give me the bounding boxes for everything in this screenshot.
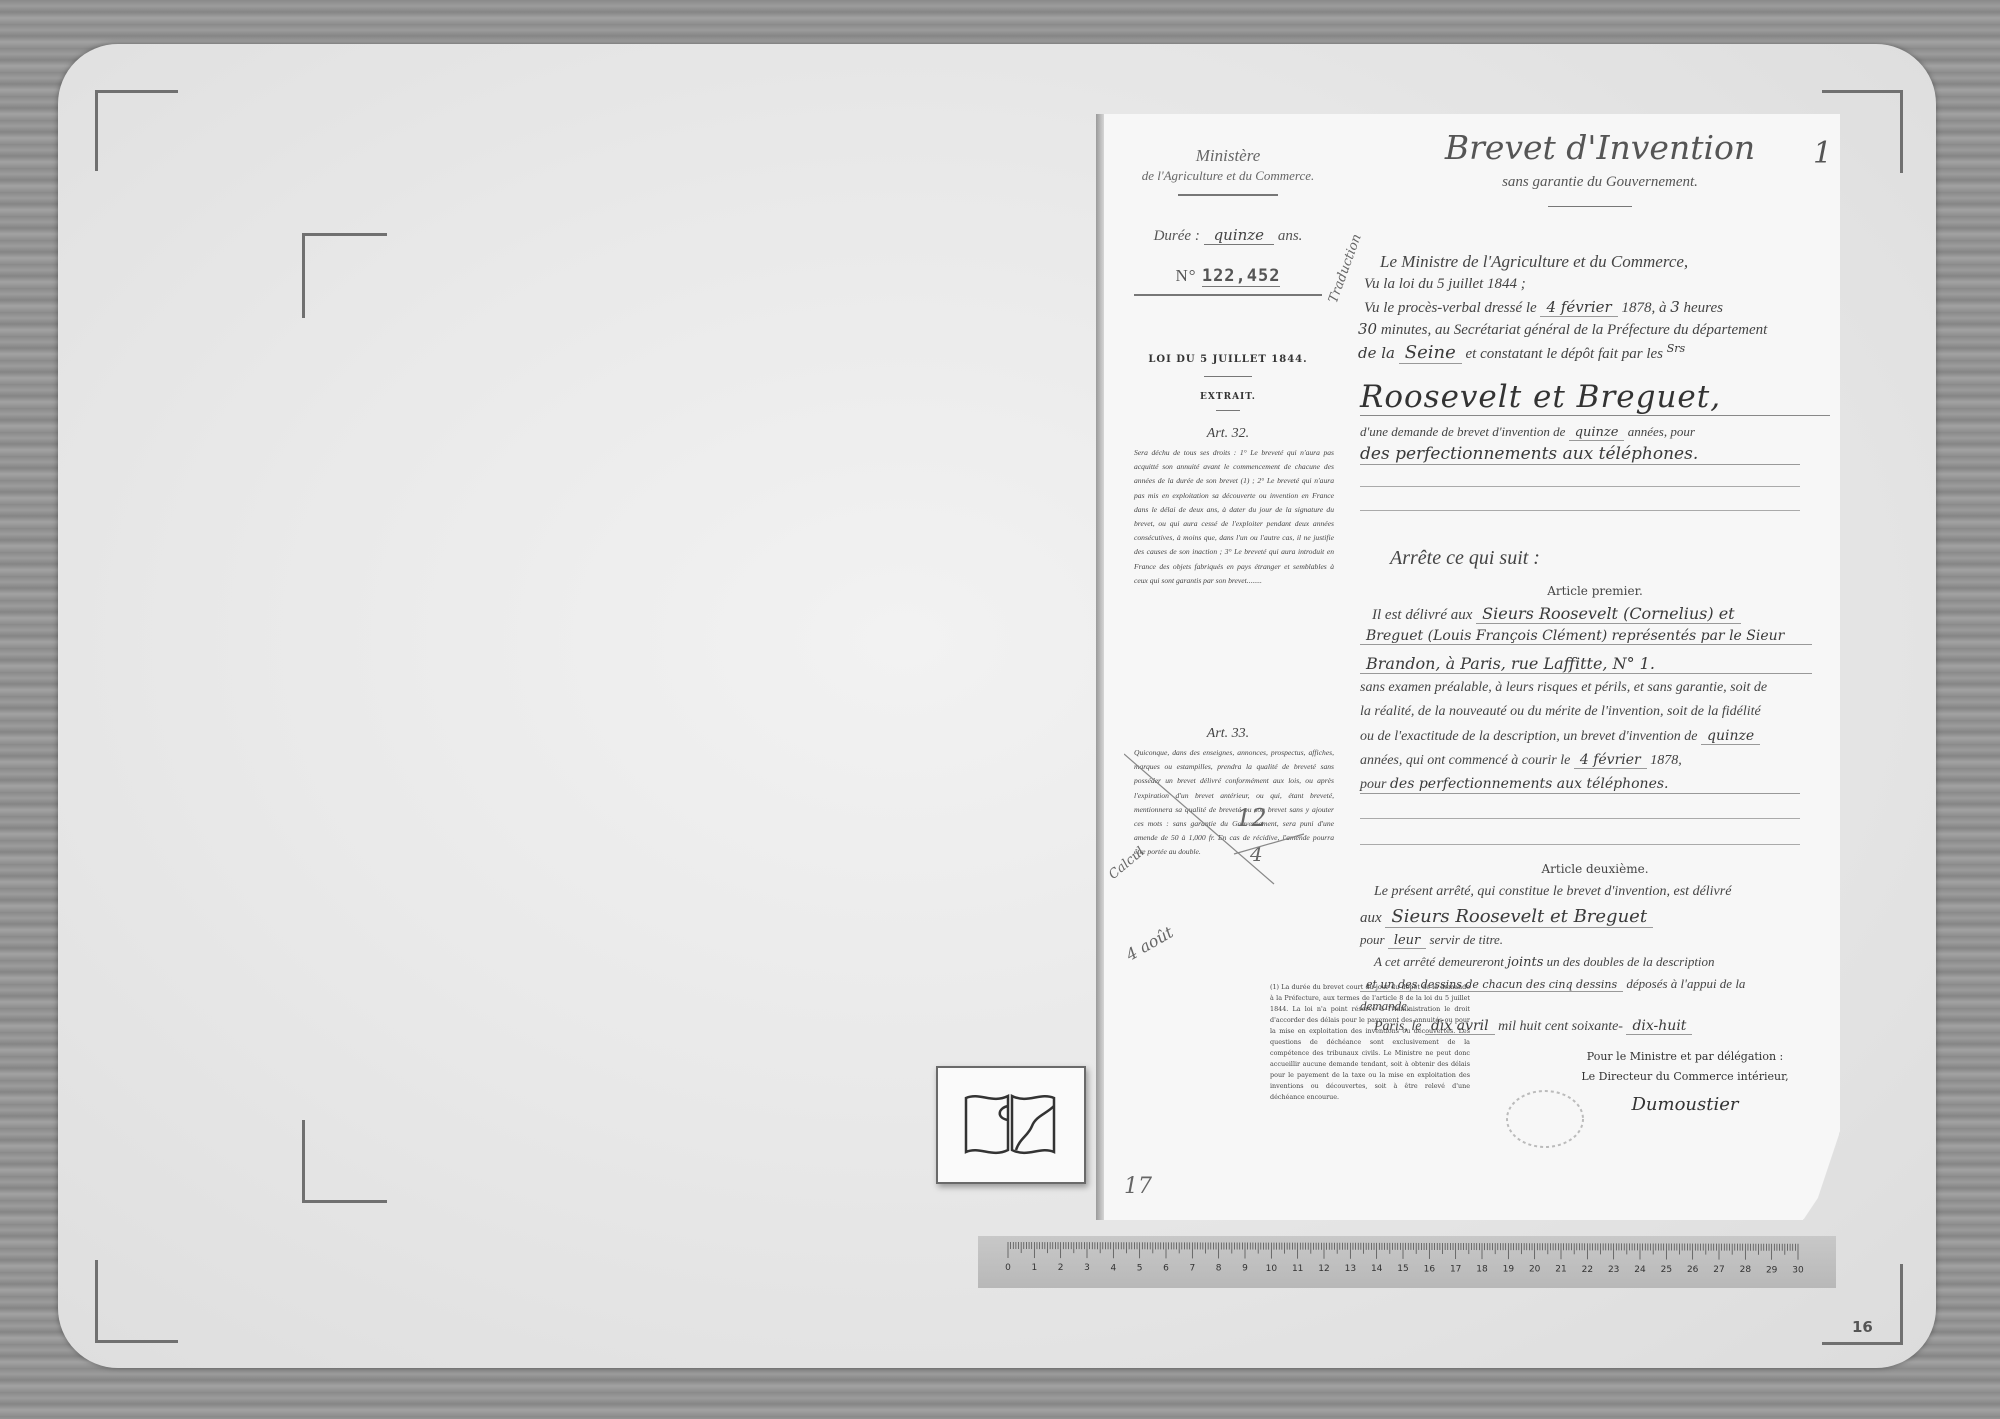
divider	[1216, 410, 1240, 411]
svg-text:27: 27	[1713, 1265, 1724, 1275]
svg-text:6: 6	[1163, 1263, 1169, 1273]
article-32-heading: Art. 32.	[1104, 426, 1352, 442]
svg-text:20: 20	[1529, 1265, 1541, 1275]
article-2-line-6: demande.	[1360, 998, 1830, 1014]
article-1-line-1: Il est délivré aux Sieurs Roosevelt (Cor…	[1372, 604, 1842, 624]
signature-line-2: Le Directeur du Commerce intérieur,	[1540, 1070, 1830, 1083]
article-2-line-1: Le présent arrêté, qui constitue le brev…	[1374, 884, 1844, 900]
crop-mark-inner-bottom-left	[302, 1120, 387, 1203]
minutes-line: 30 minutes, au Secrétariat général de la…	[1358, 320, 1828, 339]
svg-text:13: 13	[1345, 1264, 1356, 1274]
ruler-scale: 0123456789101112131415161718192021222324…	[978, 1236, 1836, 1288]
divider	[1134, 294, 1322, 296]
svg-text:1: 1	[1031, 1263, 1037, 1273]
blank-line	[1360, 486, 1800, 487]
svg-text:12: 12	[1318, 1264, 1329, 1274]
demand-object: des perfectionnements aux téléphones.	[1360, 444, 1800, 465]
svg-text:24: 24	[1634, 1265, 1646, 1275]
article-1-line-4: sans examen préalable, à leurs risques e…	[1360, 680, 1830, 696]
divider	[1548, 206, 1632, 207]
article-2-line-2: aux Sieurs Roosevelt et Breguet	[1360, 906, 1830, 927]
law-line: Vu la loi du 5 juillet 1844 ;	[1364, 276, 1834, 293]
patent-number: N° 122,452	[1104, 266, 1352, 286]
svg-text:14: 14	[1371, 1264, 1383, 1274]
svg-text:22: 22	[1582, 1265, 1593, 1275]
article-32-body: Sera déchu de tous ses droits : 1° Le br…	[1134, 446, 1334, 588]
pv-line: Vu le procès-verbal dressé le 4 février …	[1364, 298, 1834, 317]
patent-document: Ministère de l'Agriculture et du Commerc…	[1104, 114, 1840, 1220]
ministry-subtitle: de l'Agriculture et du Commerce.	[1104, 168, 1352, 184]
folio-number: 1	[1813, 136, 1832, 171]
svg-text:8: 8	[1216, 1264, 1222, 1274]
signature-line-1: Pour le Ministre et par délégation :	[1540, 1050, 1830, 1063]
extract-label: EXTRAIT.	[1104, 392, 1352, 402]
article-1-title: Article premier.	[1360, 584, 1830, 598]
svg-text:26: 26	[1687, 1265, 1699, 1275]
svg-text:19: 19	[1503, 1265, 1515, 1275]
applicants-name: Roosevelt et Breguet,	[1360, 379, 1830, 416]
date-line: Paris, le dix avril mil huit cent soixan…	[1374, 1018, 1844, 1035]
blank-line	[1360, 818, 1800, 819]
divider	[1204, 376, 1252, 377]
article-1-line-2: Breguet (Louis François Clément) représe…	[1360, 628, 1812, 645]
law-title: LOI DU 5 JUILLET 1844.	[1104, 354, 1352, 365]
archive-logo-card	[936, 1066, 1086, 1184]
pencil-strokes	[1124, 734, 1324, 894]
pencil-note-date: 4 août	[1123, 922, 1177, 964]
article-2-line-5: et un des dessins de chacun des cinq des…	[1360, 976, 1830, 992]
svg-text:29: 29	[1766, 1265, 1778, 1275]
divider	[1178, 194, 1278, 196]
article-1-line-3: Brandon, à Paris, rue Laffitte, N° 1.	[1360, 654, 1812, 674]
article-2-title: Article deuxième.	[1360, 862, 1830, 876]
svg-text:17: 17	[1450, 1264, 1461, 1274]
paper-edge	[1096, 114, 1104, 1220]
svg-text:5: 5	[1137, 1263, 1143, 1273]
svg-text:30: 30	[1792, 1265, 1804, 1275]
article-1-line-5: la réalité, de la nouveauté ou du mérite…	[1360, 704, 1830, 720]
official-stamp	[1500, 1084, 1590, 1154]
svg-text:2: 2	[1058, 1263, 1064, 1273]
svg-text:10: 10	[1266, 1264, 1278, 1274]
demand-line: d'une demande de brevet d'invention de q…	[1360, 424, 1830, 440]
article-1-line-7: années, qui ont commencé à courir le 4 f…	[1360, 752, 1830, 769]
svg-text:28: 28	[1740, 1265, 1752, 1275]
document-title: Brevet d'Invention	[1370, 128, 1830, 167]
svg-text:7: 7	[1189, 1264, 1195, 1274]
department-line: de la Seine et constatant le dépôt fait …	[1358, 342, 1828, 363]
ministry-title: Ministère	[1104, 146, 1352, 166]
intro-line: Le Ministre de l'Agriculture et du Comme…	[1380, 252, 1850, 272]
svg-text:18: 18	[1476, 1264, 1488, 1274]
duration-value: quinze	[1204, 226, 1275, 245]
blank-line	[1360, 510, 1800, 511]
crop-mark-bottom-left	[95, 1260, 178, 1343]
measurement-ruler: 0123456789101112131415161718192021222324…	[978, 1236, 1836, 1288]
svg-text:11: 11	[1292, 1264, 1303, 1274]
svg-text:4: 4	[1110, 1263, 1116, 1273]
svg-text:0: 0	[1005, 1263, 1011, 1273]
svg-text:3: 3	[1084, 1263, 1090, 1273]
svg-text:23: 23	[1608, 1265, 1619, 1275]
svg-text:21: 21	[1555, 1265, 1566, 1275]
open-book-map-icon	[962, 1092, 1058, 1156]
article-1-line-6: ou de l'exactitude de la description, un…	[1360, 728, 1830, 745]
crop-mark-top-left	[95, 90, 178, 171]
duration-field: Durée : quinze ans.	[1104, 226, 1352, 245]
svg-text:25: 25	[1661, 1265, 1672, 1275]
article-2-line-4: A cet arrêté demeureront joints un des d…	[1374, 954, 1844, 970]
crop-mark-inner-top-left	[302, 233, 387, 318]
pencil-note-bottom: 17	[1124, 1174, 1152, 1199]
document-subtitle: sans garantie du Gouvernement.	[1370, 174, 1830, 191]
article-2-line-3: pour leur servir de titre.	[1360, 932, 1830, 948]
svg-text:16: 16	[1424, 1264, 1436, 1274]
arrete-heading: Arrête ce qui suit :	[1390, 547, 1540, 570]
svg-text:15: 15	[1397, 1264, 1408, 1274]
svg-text:9: 9	[1242, 1264, 1248, 1274]
page-number: 16	[1852, 1318, 1873, 1336]
article-1-line-8: pour des perfectionnements aux téléphone…	[1360, 776, 1800, 794]
blank-line	[1360, 844, 1800, 845]
